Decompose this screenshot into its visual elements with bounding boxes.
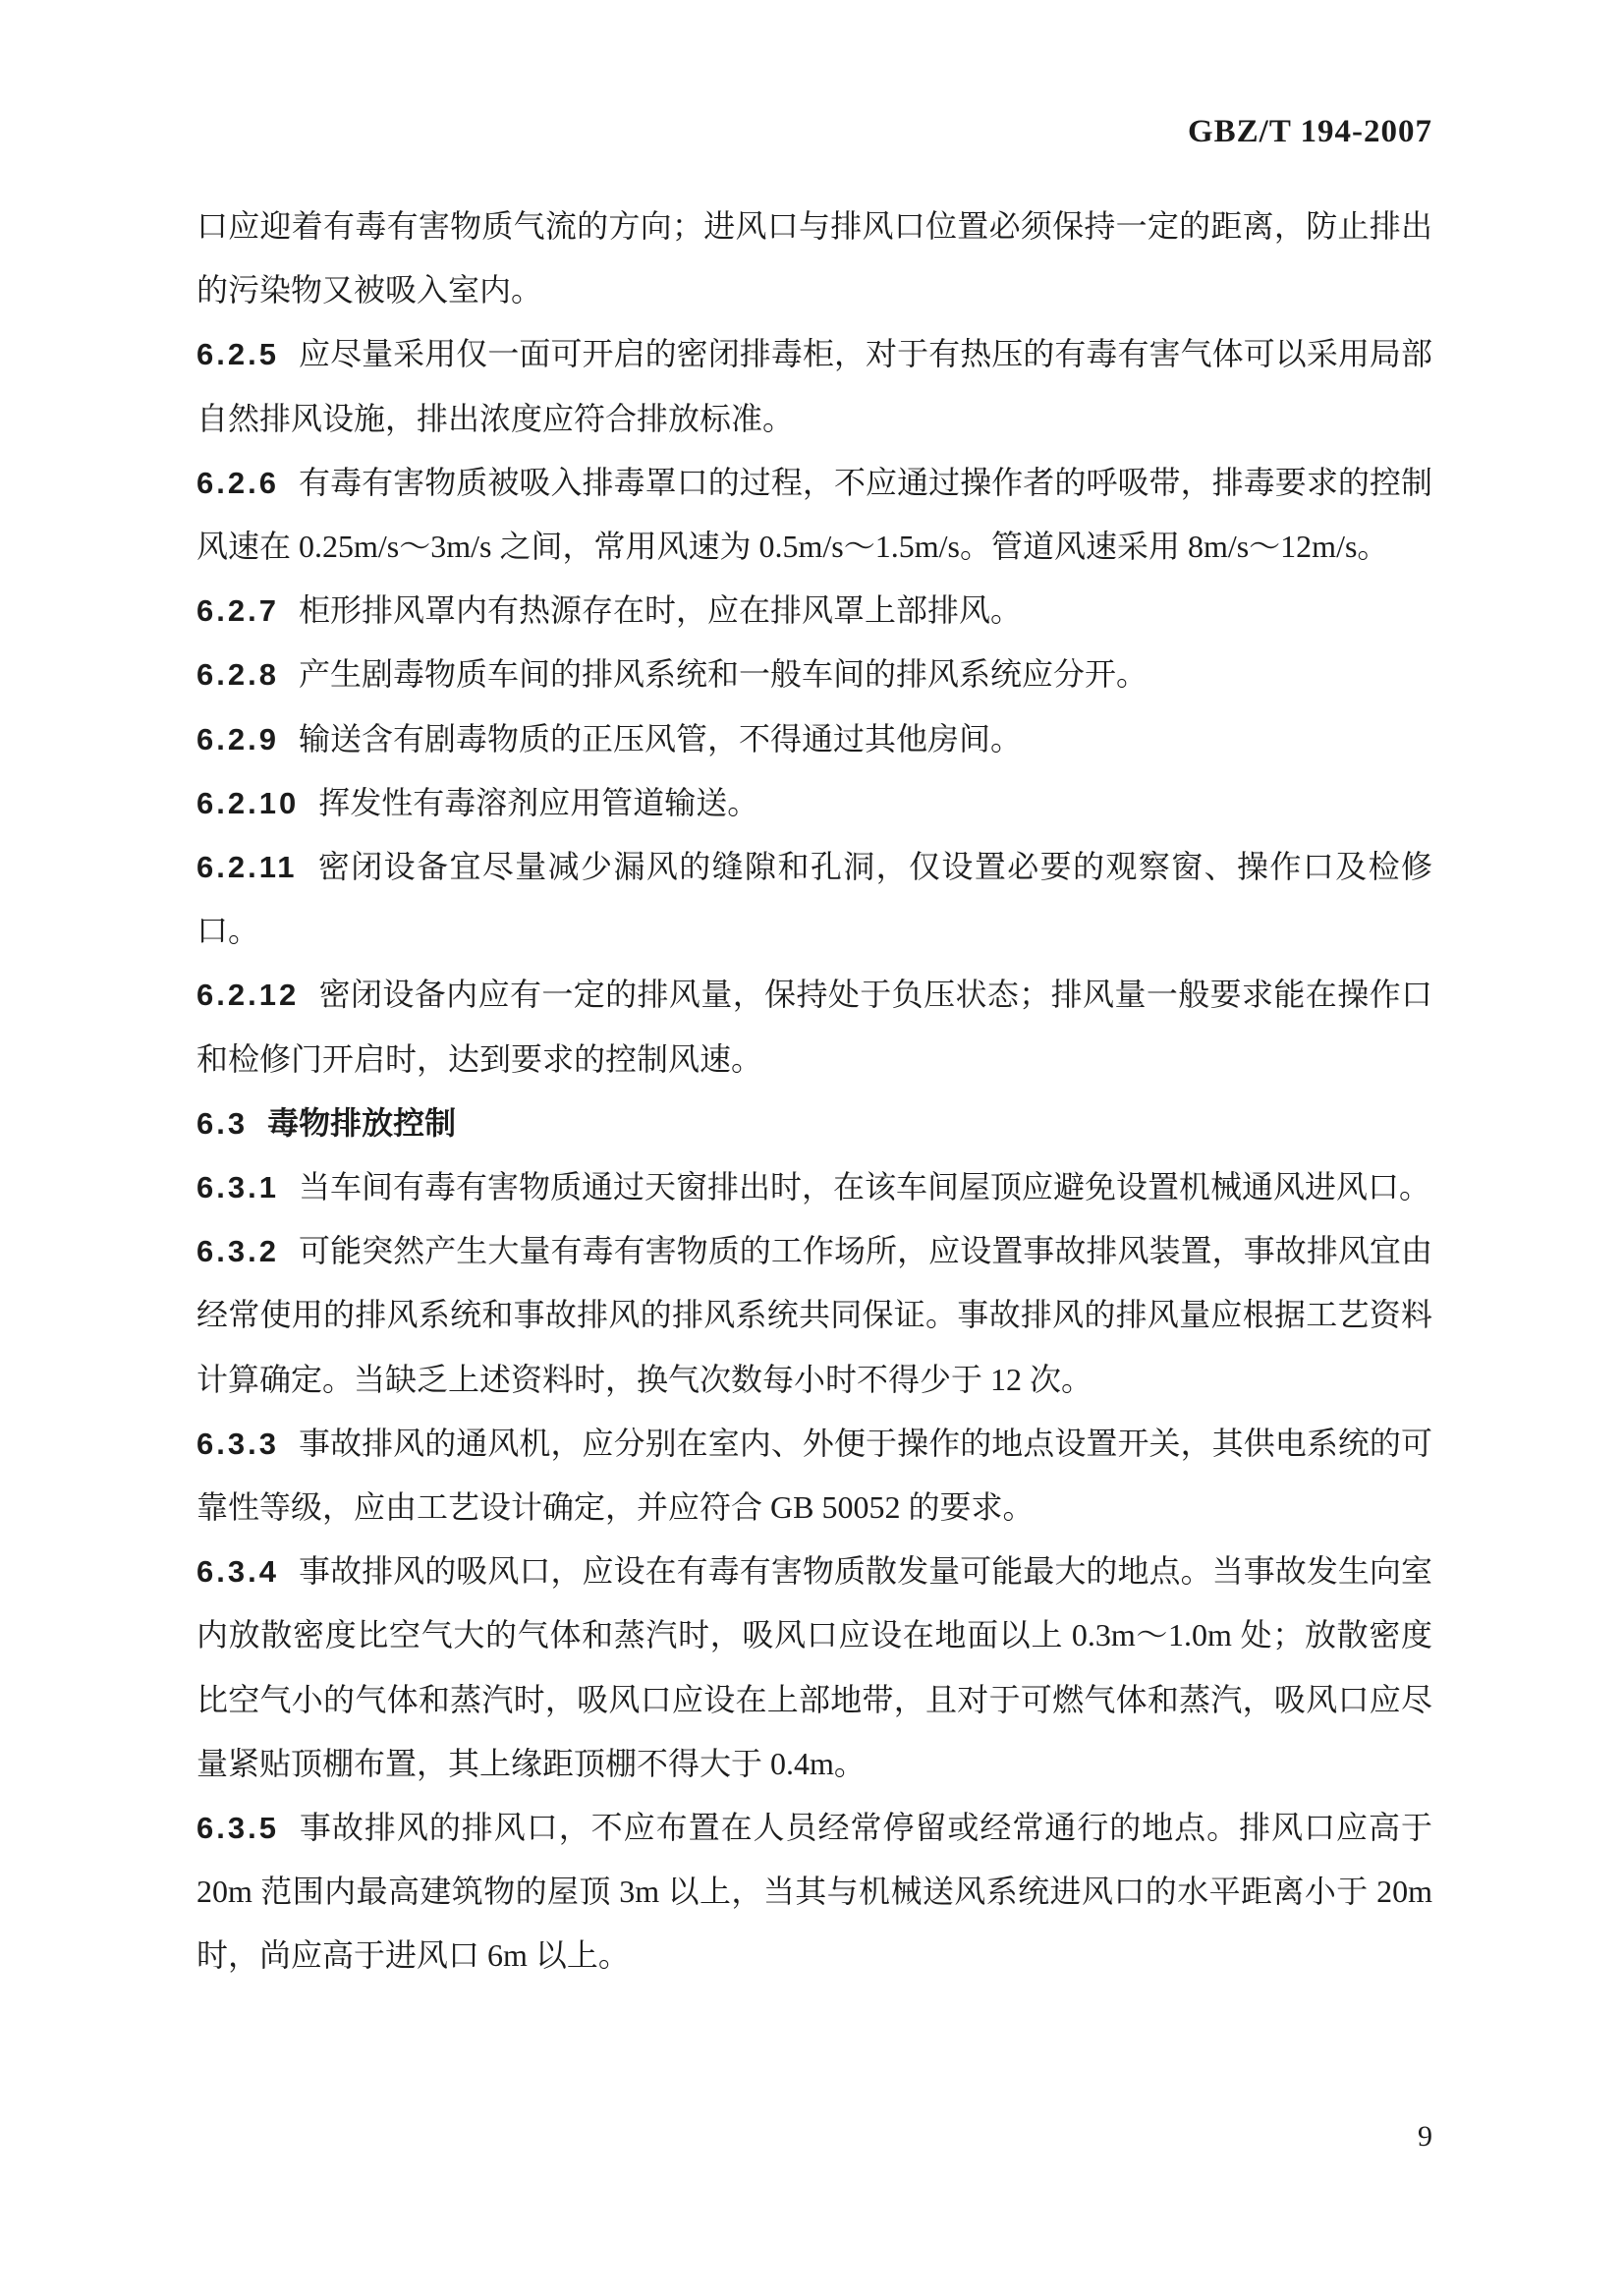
clause-text: 产生剧毒物质车间的排风系统和一般车间的排风系统应分开。 <box>299 656 1148 692</box>
clause-text: 输送含有剧毒物质的正压风管，不得通过其他房间。 <box>299 721 1022 756</box>
clause-paragraph: 6.3.2可能突然产生大量有毒有害物质的工作场所，应设置事故排风装置，事故排风宜… <box>196 1219 1432 1412</box>
page-number: 9 <box>196 2120 1432 2154</box>
clause-number: 6.2.8 <box>196 657 279 692</box>
clause-paragraph: 6.3.3事故排风的通风机，应分别在室内、外便于操作的地点设置开关，其供电系统的… <box>196 1412 1432 1540</box>
clause-number: 6.2.10 <box>196 786 299 820</box>
clause-paragraph: 6.2.9输送含有剧毒物质的正压风管，不得通过其他房间。 <box>196 707 1432 771</box>
clause-text: 事故排风的通风机，应分别在室内、外便于操作的地点设置开关，其供电系统的可靠性等级… <box>196 1426 1432 1525</box>
clause-number: 6.2.5 <box>196 337 279 371</box>
clause-text: 口应迎着有毒有害物质气流的方向；进风口与排风口位置必须保持一定的距离，防止排出的… <box>196 208 1432 308</box>
clause-text: 当车间有毒有害物质通过天窗排出时，在该车间屋顶应避免设置机械通风进风口。 <box>299 1169 1430 1204</box>
continuation-paragraph: 口应迎着有毒有害物质气流的方向；进风口与排风口位置必须保持一定的距离，防止排出的… <box>196 195 1432 322</box>
clause-text: 有毒有害物质被吸入排毒罩口的过程，不应通过操作者的呼吸带，排毒要求的控制风速在 … <box>196 465 1432 564</box>
clause-number: 6.3.4 <box>196 1554 279 1589</box>
standard-number-header: GBZ/T 194-2007 <box>196 114 1432 150</box>
clause-number: 6.2.12 <box>196 978 299 1012</box>
clause-paragraph: 6.2.11密闭设备宜尽量减少漏风的缝隙和孔洞，仅设置必要的观察窗、操作口及检修… <box>196 835 1432 963</box>
clause-text: 应尽量采用仅一面可开启的密闭排毒柜，对于有热压的有毒有害气体可以采用局部自然排风… <box>196 336 1432 435</box>
clause-number: 6.2.11 <box>196 850 297 884</box>
clause-number: 6.2.7 <box>196 593 279 628</box>
clause-text: 可能突然产生大量有毒有害物质的工作场所，应设置事故排风装置，事故排风宜由经常使用… <box>196 1233 1432 1396</box>
section-heading: 6.3毒物排放控制 <box>196 1092 1432 1155</box>
clause-text: 挥发性有毒溶剂应用管道输送。 <box>318 785 758 820</box>
clause-text: 密闭设备宜尽量减少漏风的缝隙和孔洞，仅设置必要的观察窗、操作口及检修口。 <box>196 849 1432 948</box>
clause-paragraph: 6.2.12密闭设备内应有一定的排风量，保持处于负压状态；排风量一般要求能在操作… <box>196 963 1432 1091</box>
clause-paragraph: 6.2.7柜形排风罩内有热源存在时，应在排风罩上部排风。 <box>196 579 1432 643</box>
clause-paragraph: 6.2.6有毒有害物质被吸入排毒罩口的过程，不应通过操作者的呼吸带，排毒要求的控… <box>196 451 1432 579</box>
clause-number: 6.3.3 <box>196 1427 279 1461</box>
section-number: 6.3 <box>196 1106 248 1141</box>
document-body: 口应迎着有毒有害物质气流的方向；进风口与排风口位置必须保持一定的距离，防止排出的… <box>196 195 1432 1988</box>
clause-paragraph: 6.3.4事故排风的吸风口，应设在有毒有害物质散发量可能最大的地点。当事故发生向… <box>196 1540 1432 1796</box>
clause-paragraph: 6.2.8产生剧毒物质车间的排风系统和一般车间的排风系统应分开。 <box>196 643 1432 706</box>
section-title: 毒物排放控制 <box>267 1105 456 1141</box>
clause-text: 事故排风的吸风口，应设在有毒有害物质散发量可能最大的地点。当事故发生向室内放散密… <box>196 1553 1432 1781</box>
clause-number: 6.2.6 <box>196 466 279 500</box>
clause-text: 柜形排风罩内有热源存在时，应在排风罩上部排风。 <box>299 592 1022 628</box>
clause-text: 事故排风的排风口，不应布置在人员经常停留或经常通行的地点。排风口应高于 20m … <box>196 1810 1432 1973</box>
clause-number: 6.3.2 <box>196 1234 279 1268</box>
clause-paragraph: 6.2.5应尽量采用仅一面可开启的密闭排毒柜，对于有热压的有毒有害气体可以采用局… <box>196 322 1432 450</box>
clause-number: 6.3.1 <box>196 1170 279 1204</box>
clause-text: 密闭设备内应有一定的排风量，保持处于负压状态；排风量一般要求能在操作口和检修门开… <box>196 977 1432 1076</box>
clause-paragraph: 6.3.5事故排风的排风口，不应布置在人员经常停留或经常通行的地点。排风口应高于… <box>196 1796 1432 1988</box>
clause-number: 6.2.9 <box>196 722 279 756</box>
clause-number: 6.3.5 <box>196 1811 279 1845</box>
clause-paragraph: 6.3.1当车间有毒有害物质通过天窗排出时，在该车间屋顶应避免设置机械通风进风口… <box>196 1155 1432 1219</box>
document-page: GBZ/T 194-2007 口应迎着有毒有害物质气流的方向；进风口与排风口位置… <box>0 0 1624 2296</box>
clause-paragraph: 6.2.10挥发性有毒溶剂应用管道输送。 <box>196 771 1432 835</box>
